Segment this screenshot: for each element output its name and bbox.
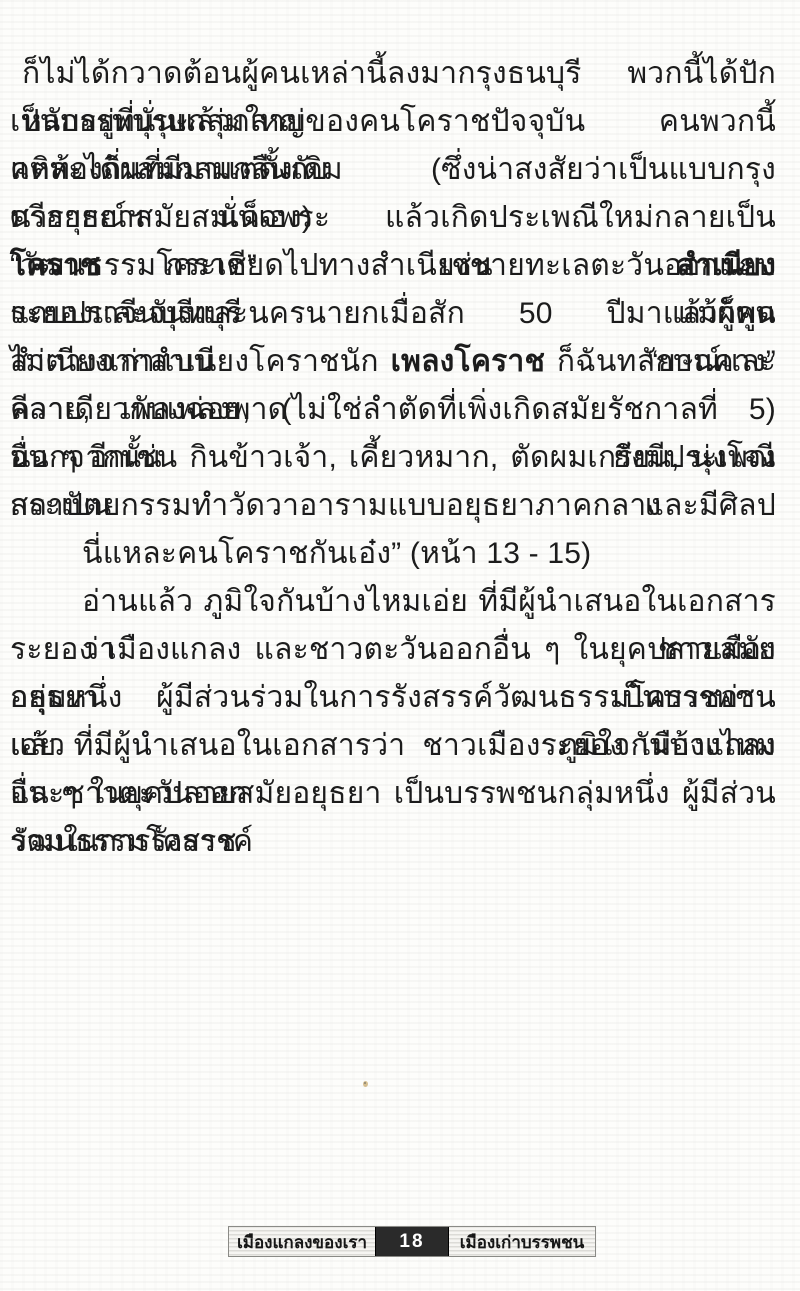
text-line: กลุ่มหนึ่ง ผู้มีส่วนร่วมในการรังสรรค์วัฒ… — [10, 674, 776, 722]
text-segment: สถาปัตยกรรมทำวัดวาอารามแบบอยุธยาภาคกลาง — [10, 489, 661, 522]
text-line: โคราช กระเดียดไปทางสำเนียงชายทะเลตะวันออ… — [10, 242, 776, 290]
text-line: ระยอง เมืองแกลง และชาวตะวันออกอื่น ๆ ในย… — [10, 626, 776, 674]
body-text: ก็ไม่ได้กวาดต้อนผู้คนเหล่านี้ลงมากรุงธนบ… — [10, 50, 776, 866]
text-line: ควาย, เพลงฉ่อย, (ไม่ใช่ลำตัดที่เพิ่งเกิด… — [10, 386, 776, 434]
text-line: วัฒนธรรมโคราช — [10, 818, 776, 866]
text-line: เป็นบรรพบุรุษกลุ่มใหญ่ของคนโคราชปัจจุบัน… — [10, 98, 776, 146]
footer-running-title-bar: เมืองแกลงของเรา 18 เมืองเก่าบรรพชน — [228, 1226, 596, 1257]
text-line: อื่น ๆ ในยุคปลายสมัยอยุธยา เป็นบรรพชนกลุ… — [10, 770, 776, 818]
text-line: เอ่ย ที่มีผู้นำเสนอในเอกสารว่า ชาวเมืองร… — [10, 722, 776, 770]
text-segment-bold: โคราช — [10, 249, 101, 282]
text-line: สถาปัตยกรรมทำวัดวาอารามแบบอยุธยาภาคกลาง — [10, 482, 776, 530]
page-number: 18 — [375, 1227, 449, 1256]
text-line: ไม่ต่างจากสำเนียงโคราชนัก เพลงโคราช ก็ฉั… — [10, 338, 776, 386]
footer-right-title: เมืองเก่าบรรพชน — [449, 1227, 595, 1256]
text-segment-bold: เพลงโคราช — [391, 345, 545, 378]
text-segment: นี่แหละคนโคราชกันเอ๋ง” (หน้า 13 - 15) — [82, 537, 591, 570]
text-line: นี่แหละคนโคราชกันเอ๋ง” (หน้า 13 - 15) — [10, 530, 776, 578]
footer-left-title: เมืองแกลงของเรา — [229, 1227, 375, 1256]
paper-speck — [363, 1081, 368, 1087]
text-line: แถบปราจีนบุรีและนครนายกเมื่อสัก 50 ปีมาแ… — [10, 290, 776, 338]
text-line: คติท้องถิ่นที่มีมาแต่ดั้งเดิม (ซึ่งน่าสง… — [10, 146, 776, 194]
text-line: นารายณ์ฯ นั่นเอง) แล้วเกิดประเพณีใหม่กลา… — [10, 194, 776, 242]
text-line: ก็ไม่ได้กวาดต้อนผู้คนเหล่านี้ลงมากรุงธนบ… — [10, 50, 776, 98]
text-line: อื่น ๆ อีกเช่น กินข้าวเจ้า, เคี้ยวหมาก, … — [10, 434, 776, 482]
text-segment: ไม่ต่างจากสำเนียงโคราชนัก — [10, 345, 391, 378]
text-line: อ่านแล้ว ภูมิใจกันบ้างไหมเอ่ย ที่มีผู้นำ… — [10, 578, 776, 626]
text-segment: วัฒนธรรมโคราช — [10, 825, 237, 858]
